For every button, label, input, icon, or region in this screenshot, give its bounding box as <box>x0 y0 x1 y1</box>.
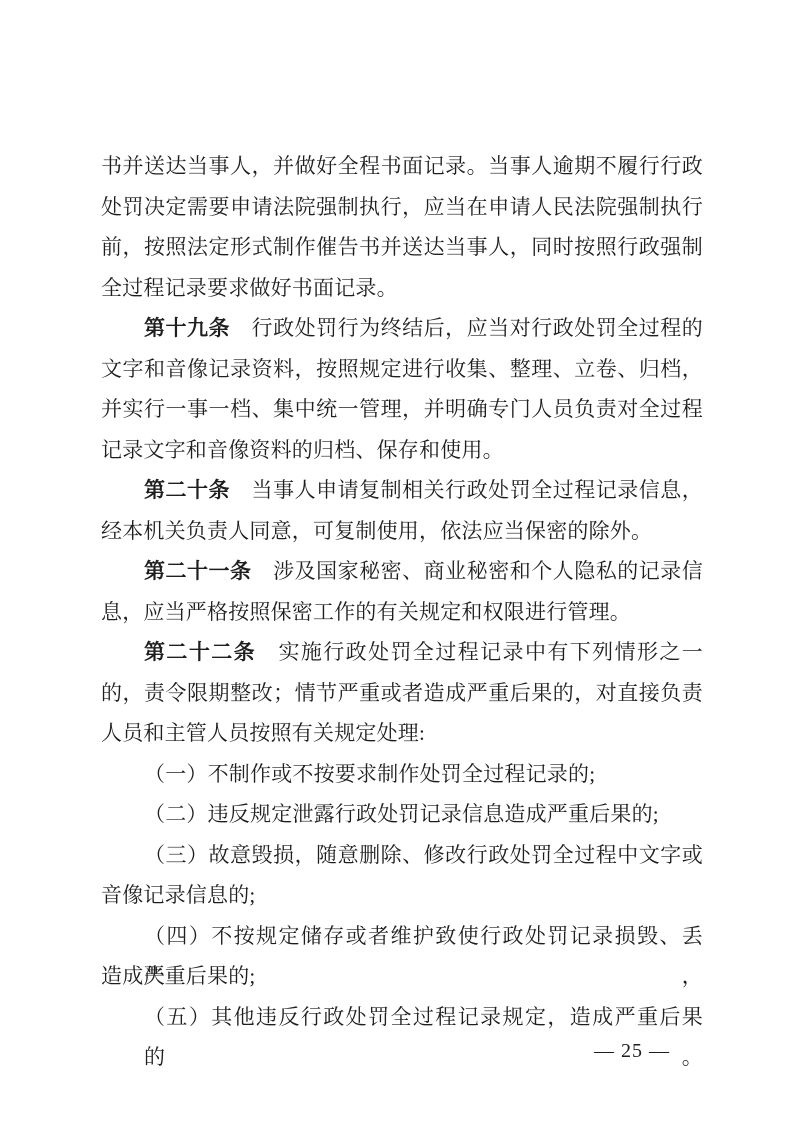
text-line: （五）其他违反行政处罚全过程记录规定，造成严重后果的。 <box>101 997 703 1038</box>
text-segment: 息，应当严格按照保密工作的有关规定和权限进行管理。 <box>101 600 631 624</box>
text-segment: 音像记录信息的; <box>101 883 255 907</box>
text-line: 文字和音像记录资料，按照规定进行收集、整理、立卷、归档， <box>101 349 703 390</box>
text-segment: 经本机关负责人同意，可复制使用，依法应当保密的除外。 <box>101 519 652 543</box>
text-segment: 文字和音像记录资料，按照规定进行收集、整理、立卷、归档， <box>101 357 703 381</box>
text-segment: 书并送达当事人，并做好全程书面记录。当事人逾期不履行行政 <box>101 154 703 178</box>
text-line: 全过程记录要求做好书面记录。 <box>101 268 703 309</box>
text-segment: 前，按照法定形式制作催告书并送达当事人，同时按照行政强制 <box>101 235 703 259</box>
article-number: 第二十条 <box>144 478 230 502</box>
text-line: 处罚决定需要申请法院强制执行，应当在申请人民法院强制执行 <box>101 187 703 228</box>
text-segment: 涉及国家秘密、商业秘密和个人隐私的记录信 <box>252 559 703 583</box>
text-segment: 造成严重后果的; <box>101 964 255 988</box>
text-segment: 人员和主管人员按照有关规定处理: <box>101 721 425 745</box>
text-line: 第二十二条 实施行政处罚全过程记录中有下列情形之一 <box>101 632 703 673</box>
text-line: 并实行一事一档、集中统一管理，并明确专门人员负责对全过程 <box>101 389 703 430</box>
text-line: 音像记录信息的; <box>101 875 703 916</box>
document-body: 书并送达当事人，并做好全程书面记录。当事人逾期不履行行政处罚决定需要申请法院强制… <box>101 146 703 1037</box>
article-number: 第二十二条 <box>144 640 256 664</box>
text-segment: 行政处罚行为终结后，应当对行政处罚全过程的 <box>230 316 703 340</box>
text-segment: 实施行政处罚全过程记录中有下列情形之一 <box>256 640 703 664</box>
text-segment: 全过程记录要求做好书面记录。 <box>101 276 398 300</box>
text-segment: 当事人申请复制相关行政处罚全过程记录信息， <box>230 478 703 502</box>
text-segment: （二）违反规定泄露行政处罚记录信息造成严重后果的; <box>144 802 659 826</box>
text-line: 的，责令限期整改；情节严重或者造成严重后果的，对直接负责 <box>101 673 703 714</box>
text-line: （一）不制作或不按要求制作处罚全过程记录的; <box>101 754 703 795</box>
text-line: （二）违反规定泄露行政处罚记录信息造成严重后果的; <box>101 794 703 835</box>
document-page: 书并送达当事人，并做好全程书面记录。当事人逾期不履行行政处罚决定需要申请法院强制… <box>0 0 800 1132</box>
text-line: （三）故意毁损，随意删除、修改行政处罚全过程中文字或 <box>101 835 703 876</box>
text-line: 第二十条 当事人申请复制相关行政处罚全过程记录信息， <box>101 470 703 511</box>
text-line: 第二十一条 涉及国家秘密、商业秘密和个人隐私的记录信 <box>101 551 703 592</box>
text-segment: （一）不制作或不按要求制作处罚全过程记录的; <box>144 762 595 786</box>
article-number: 第二十一条 <box>144 559 252 583</box>
text-line: 第十九条 行政处罚行为终结后，应当对行政处罚全过程的 <box>101 308 703 349</box>
text-segment: （三）故意毁损，随意删除、修改行政处罚全过程中文字或 <box>144 843 703 867</box>
text-line: 前，按照法定形式制作催告书并送达当事人，同时按照行政强制 <box>101 227 703 268</box>
text-line: （四）不按规定储存或者维护致使行政处罚记录损毁、丢失， <box>101 916 703 957</box>
page-number: — 25 — <box>594 1039 670 1063</box>
text-line: 记录文字和音像资料的归档、保存和使用。 <box>101 430 703 471</box>
article-number: 第十九条 <box>144 316 230 340</box>
text-segment: 记录文字和音像资料的归档、保存和使用。 <box>101 438 504 462</box>
text-line: 经本机关负责人同意，可复制使用，依法应当保密的除外。 <box>101 511 703 552</box>
text-segment: 处罚决定需要申请法院强制执行，应当在申请人民法院强制执行 <box>101 195 703 219</box>
text-segment: 并实行一事一档、集中统一管理，并明确专门人员负责对全过程 <box>101 397 703 421</box>
text-segment: 的，责令限期整改；情节严重或者造成严重后果的，对直接负责 <box>101 681 703 705</box>
text-line: 人员和主管人员按照有关规定处理: <box>101 713 703 754</box>
text-line: 书并送达当事人，并做好全程书面记录。当事人逾期不履行行政 <box>101 146 703 187</box>
text-line: 息，应当严格按照保密工作的有关规定和权限进行管理。 <box>101 592 703 633</box>
